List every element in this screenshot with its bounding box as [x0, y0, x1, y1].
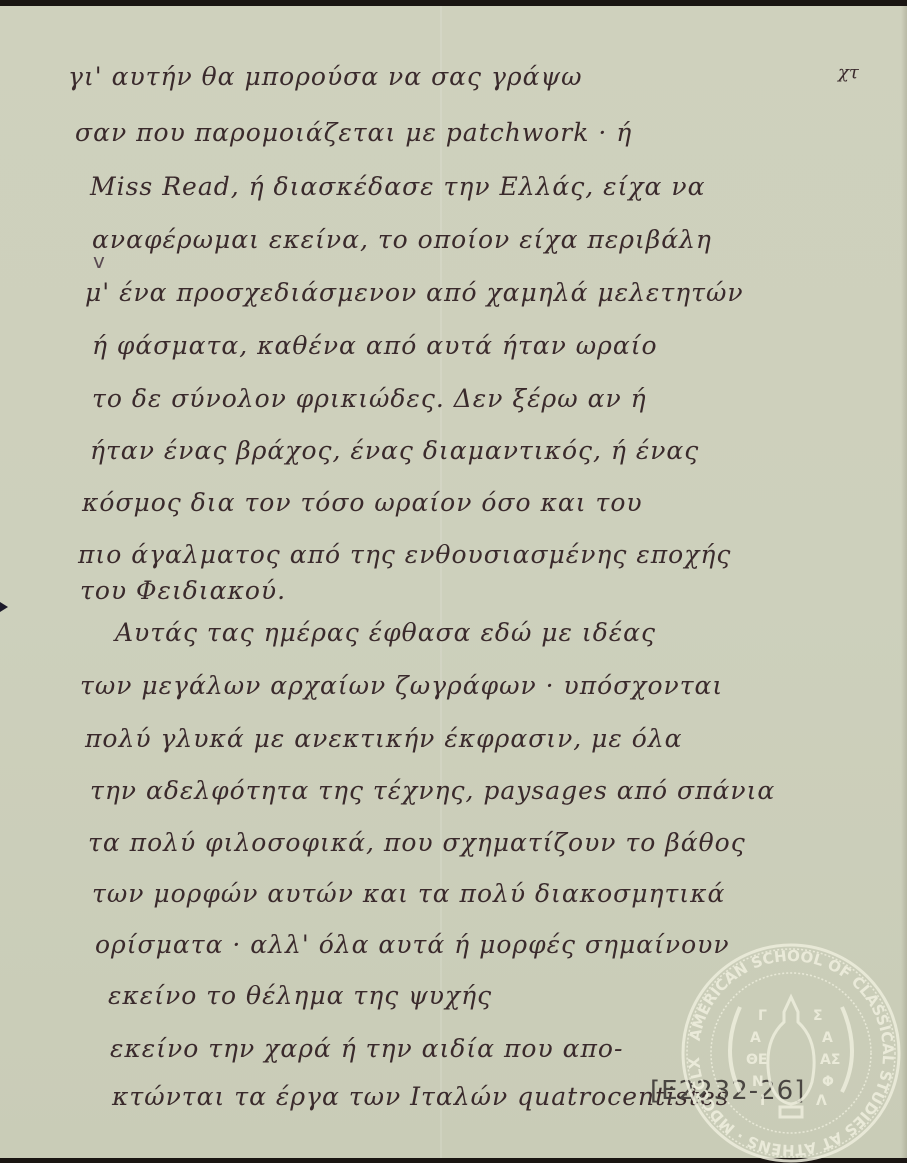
margin-note: χτ	[838, 62, 859, 83]
handwritten-line-18: ορίσματα · αλλ' όλα αυτά ή μορφές σημαίν…	[95, 930, 730, 959]
handwritten-line-12: Αυτάς τας ημέρας έφθασα εδώ με ιδέας	[115, 618, 656, 647]
handwritten-line-16: τα πολύ φιλοσοφικά, που σχηματίζουν το β…	[88, 828, 746, 857]
handwritten-line-13: των μεγάλων αρχαίων ζωγράφων · υπόσχοντα…	[80, 671, 723, 700]
handwritten-line-6: ή φάσματα, καθένα από αυτά ήταν ωραίο	[92, 331, 658, 360]
svg-text:Φ: Φ	[822, 1074, 834, 1090]
handwritten-line-4: αναφέρωμαι εκείνα, το οποίον είχα περιβά…	[92, 225, 712, 254]
svg-text:Α: Α	[750, 1030, 761, 1046]
handwritten-line-17: των μορφών αυτών και τα πολύ διακοσμητικ…	[92, 879, 725, 908]
handwritten-line-2: σαν που παρομοιάζεται με patchwork · ή	[75, 118, 632, 147]
handwritten-line-7: το δε σύνολον φρικιώδες. Δεν ξέρω αν ή	[92, 384, 647, 413]
svg-text:Ν: Ν	[752, 1074, 764, 1090]
handwritten-line-21: κτώνται τα έργα των Ιταλών quatrocentist…	[112, 1082, 730, 1111]
handwritten-line-1: γι' αυτήν θα μπορούσα να σας γράψω	[68, 62, 582, 91]
edge-notch	[0, 602, 8, 612]
handwritten-line-5: μ' ένα προσχεδιάσμενον από χαμηλά μελετη…	[85, 278, 744, 307]
svg-text:Γ: Γ	[758, 1008, 767, 1024]
handwritten-line-20: εκείνο την χαρά ή την αιδία που απο-	[110, 1034, 623, 1063]
handwritten-line-10: πιο άγαλματος από της ενθουσιασμένης επο…	[78, 540, 731, 569]
handwritten-line-3: Miss Read, ή διασκέδασε την Ελλάς, είχα …	[90, 172, 705, 201]
handwritten-line-19: εκείνο το θέλημα της ψυχής	[108, 981, 492, 1010]
handwritten-line-11: του Φειδιακού.	[80, 576, 286, 605]
handwritten-line-14: πολύ γλυκά με ανεκτικήν έκφρασιν, με όλα	[85, 724, 683, 753]
handwritten-line-8: ήταν ένας βράχος, ένας διαμαντικός, ή έν…	[90, 436, 699, 465]
svg-text:ΑΣ: ΑΣ	[820, 1052, 840, 1068]
handwritten-line-15: την αδελφότητα της τέχνης, paysages από …	[90, 776, 775, 805]
handwritten-line-9: κόσμος δια τον τόσο ωραίον όσο και του	[82, 488, 643, 517]
svg-text:Σ: Σ	[813, 1008, 823, 1024]
svg-text:Ι: Ι	[760, 1093, 765, 1109]
svg-text:Λ: Λ	[816, 1093, 827, 1109]
svg-text:Α: Α	[822, 1030, 833, 1046]
svg-text:ΘΕ: ΘΕ	[746, 1052, 767, 1068]
insertion-mark: v	[93, 249, 105, 273]
institution-seal-stamp: AMERICAN SCHOOL OF CLASSICAL STUDIES AT …	[680, 942, 902, 1163]
